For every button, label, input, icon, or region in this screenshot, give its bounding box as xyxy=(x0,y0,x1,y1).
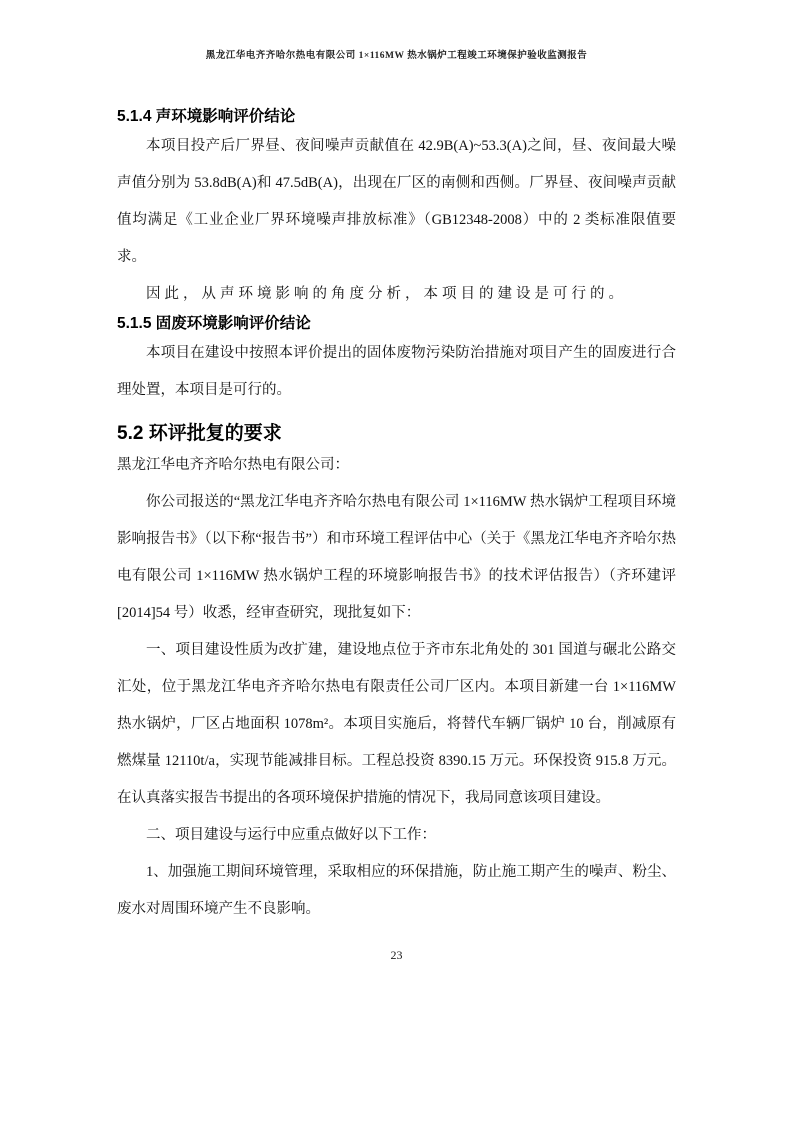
page-number: 23 xyxy=(117,948,676,963)
paragraph-eia-approval-intro: 你公司报送的“黑龙江华电齐齐哈尔热电有限公司 1×116MW 热水锅炉工程项目环… xyxy=(117,484,676,632)
paragraph-noise-feasibility: 因此，从声环境影响的角度分析，本项目的建设是可行的。 xyxy=(117,276,676,313)
paragraph-approval-item-1: 一、项目建设性质为改扩建，建设地点位于齐市东北角处的 301 国道与碾北公路交汇… xyxy=(117,632,676,817)
section-heading-5-2: 5.2 环评批复的要求 xyxy=(117,421,676,447)
paragraph-solid-waste-conclusion: 本项目在建设中按照本评价提出的固体废物污染防治措施对项目产生的固废进行合理处置，… xyxy=(117,335,676,409)
paragraph-approval-item-2: 二、项目建设与运行中应重点做好以下工作： xyxy=(117,817,676,854)
paragraph-noise-conclusion: 本项目投产后厂界昼、夜间噪声贡献值在 42.9B(A)~53.3(A)之间，昼、… xyxy=(117,128,676,276)
section-heading-5-1-5: 5.1.5 固废环境影响评价结论 xyxy=(117,313,676,335)
document-header-title: 黑龙江华电齐齐哈尔热电有限公司 1×116MW 热水锅炉工程竣工环境保护验收监测… xyxy=(117,50,676,62)
paragraph-construction-management: 1、加强施工期间环境管理，采取相应的环保措施，防止施工期产生的噪声、粉尘、废水对… xyxy=(117,854,676,928)
paragraph-company-salutation: 黑龙江华电齐齐哈尔热电有限公司： xyxy=(117,447,676,484)
section-heading-5-1-4: 5.1.4 声环境影响评价结论 xyxy=(117,106,676,128)
document-page: 黑龙江华电齐齐哈尔热电有限公司 1×116MW 热水锅炉工程竣工环境保护验收监测… xyxy=(0,0,793,1122)
